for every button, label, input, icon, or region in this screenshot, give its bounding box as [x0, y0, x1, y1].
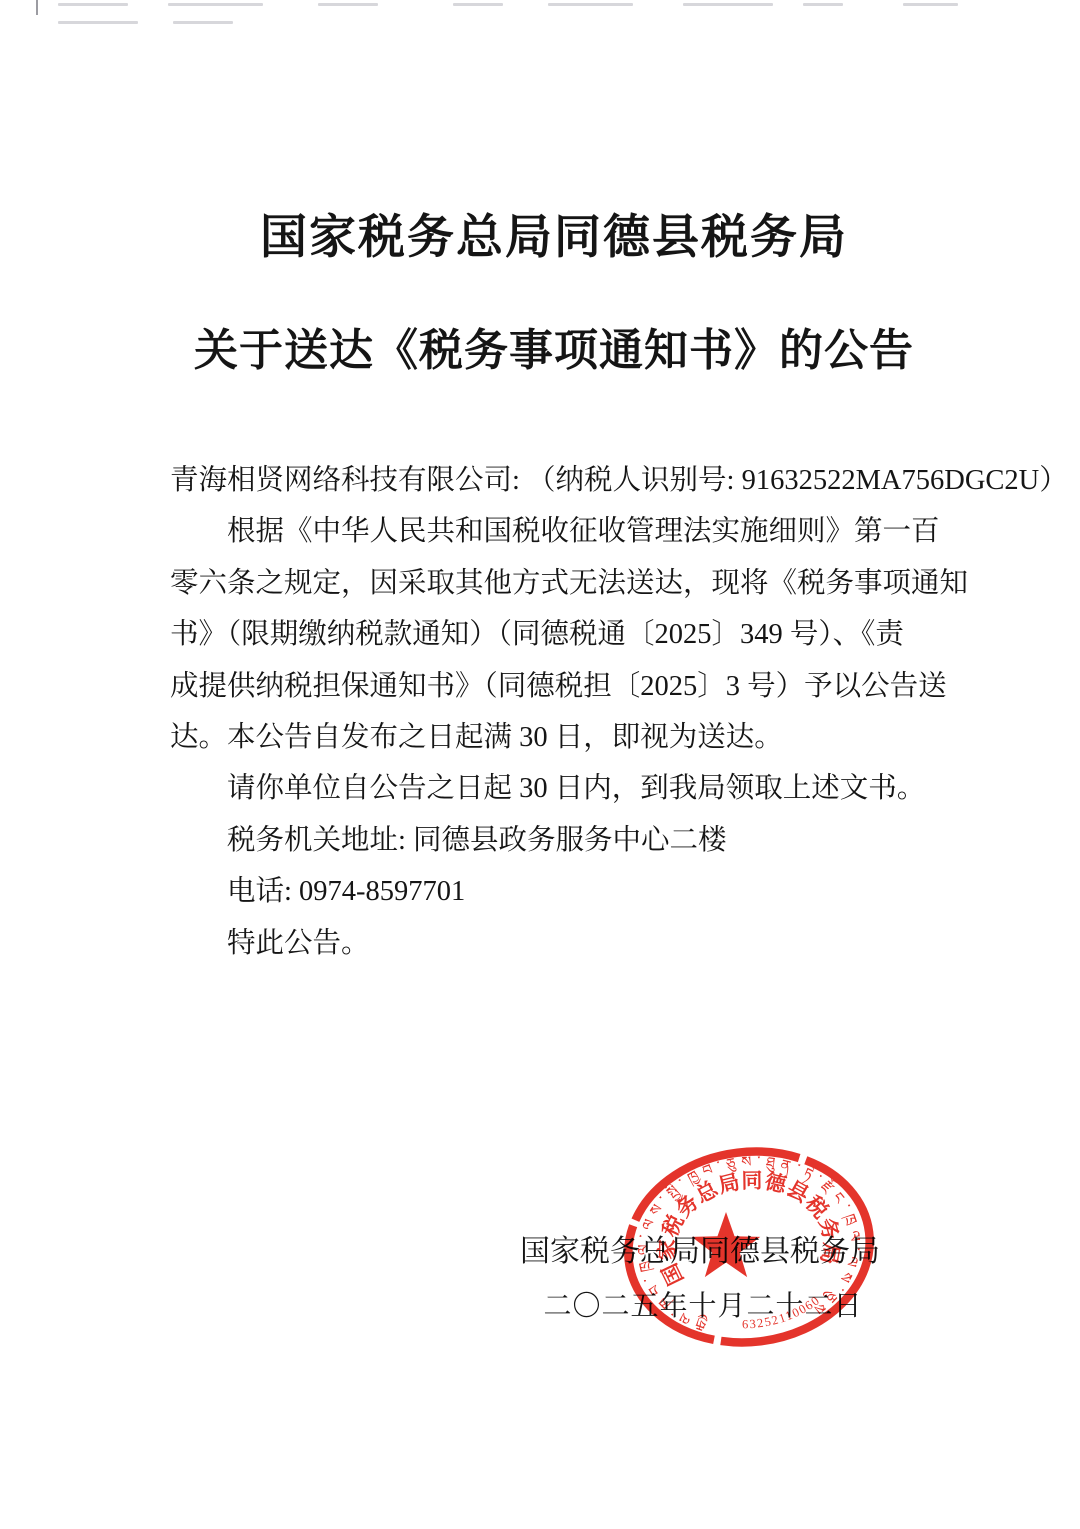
body-line: 请你单位自公告之日起 30 日内，到我局领取上述文书。	[170, 763, 945, 814]
star-icon	[692, 1212, 760, 1277]
scan-edge-artifact	[36, 0, 38, 15]
scan-artifact-strip	[58, 2, 1068, 8]
body-line: 零六条之规定，因采取其他方式无法送达，现将《税务事项通知	[170, 558, 945, 609]
body-line-taxpayer: 青海相贤网络科技有限公司: （纳税人识别号: 91632522MA756DGC2…	[170, 455, 945, 506]
scanned-announcement-page: 国家税务总局同德县税务局 关于送达《税务事项通知书》的公告 青海相贤网络科技有限…	[0, 0, 1080, 1529]
body-line: 书》（限期缴纳税款通知）（同德税通〔2025〕349 号）、《责	[170, 609, 945, 660]
body-line: 达。本公告自发布之日起满 30 日，即视为送达。	[170, 712, 945, 763]
document-title-subject: 关于送达《税务事项通知书》的公告	[14, 314, 1080, 378]
official-seal: རྒྱལ་ཁབ་ཁྲལ་ལས་སྤྱི་ཁྱབ་ཅུས་ཐུན་ཏེ་རྫོང་…	[620, 1145, 878, 1349]
seal-ring-group: རྒྱལ་ཁབ་ཁྲལ་ལས་སྤྱི་ཁྱབ་ཅུས་ཐུན་ཏེ་རྫོང་…	[620, 1145, 878, 1349]
body-line: 成提供纳税担保通知书》（同德税担〔2025〕3 号）予以公告送	[170, 661, 945, 712]
body-line-closing: 特此公告。	[170, 918, 945, 969]
announcement-body: 青海相贤网络科技有限公司: （纳税人识别号: 91632522MA756DGC2…	[170, 455, 945, 969]
body-line: 根据《中华人民共和国税收征收管理法实施细则》第一百	[170, 506, 945, 557]
body-line-phone: 电话: 0974-8597701	[170, 866, 945, 917]
body-line-address: 税务机关地址: 同德县政务服务中心二楼	[170, 815, 945, 866]
document-title-org: 国家税务总局同德县税务局	[14, 200, 1080, 267]
